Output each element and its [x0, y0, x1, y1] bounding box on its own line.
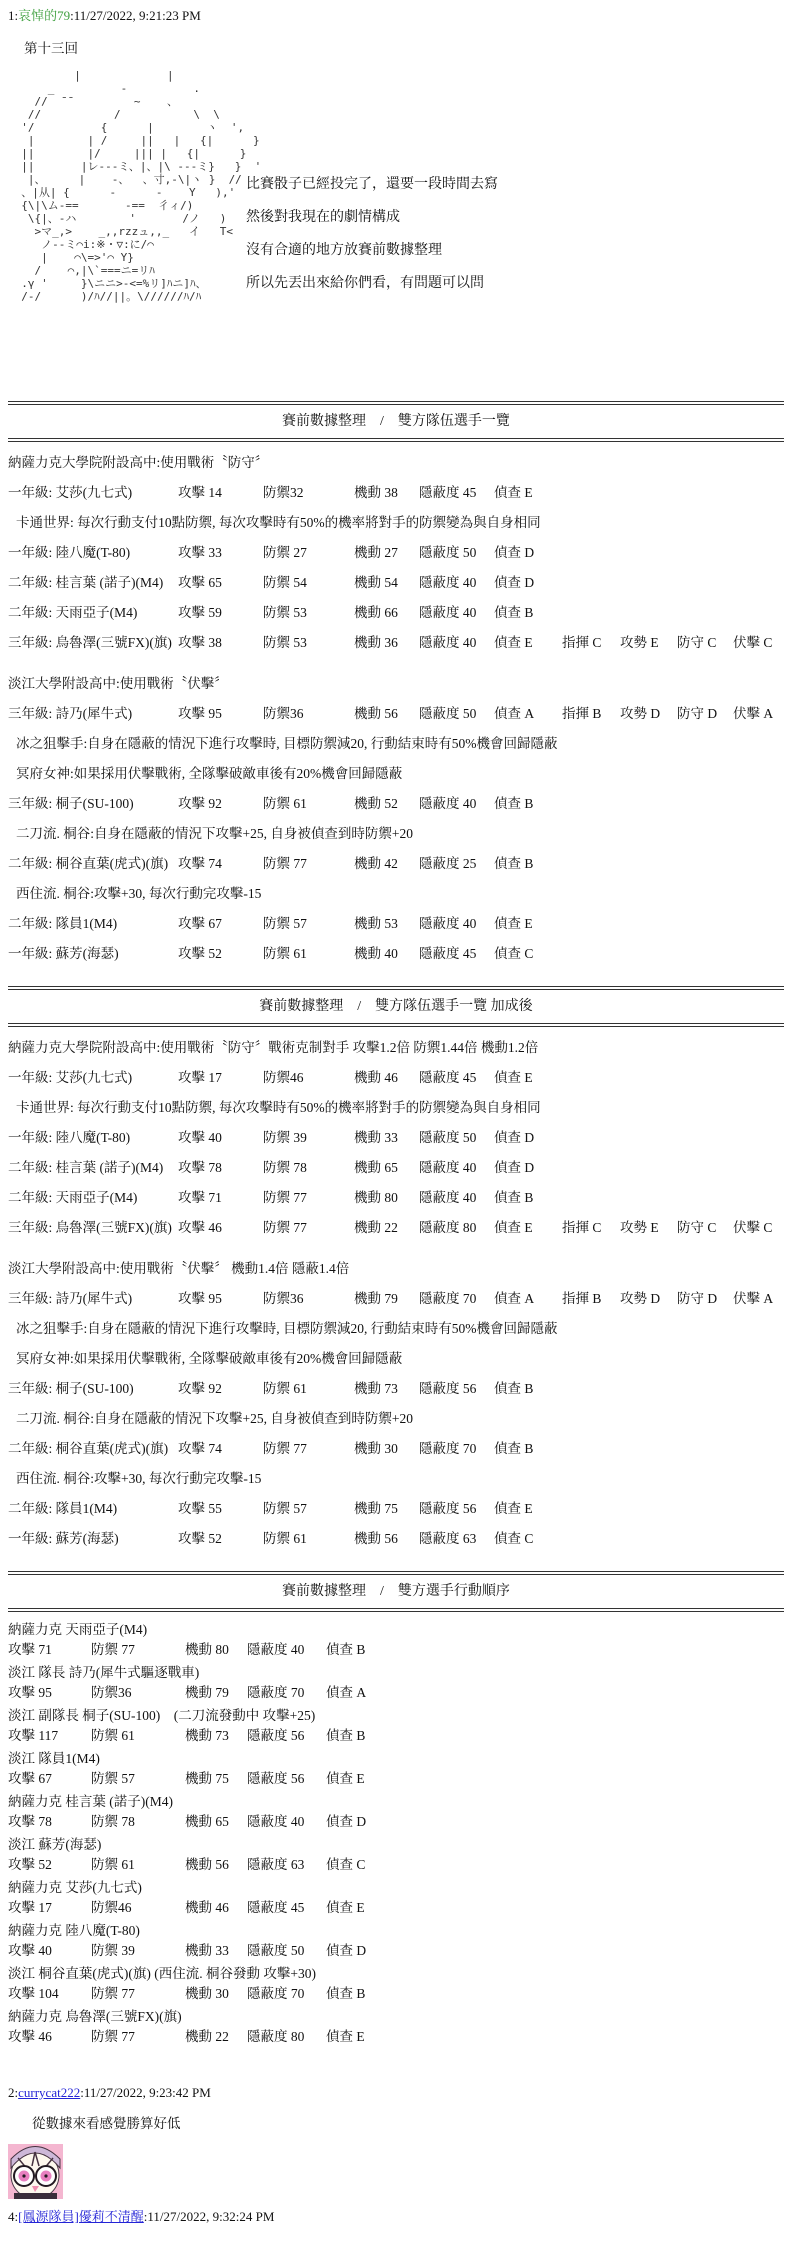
order-entry: 納薩力克 桂言葉 (諾子)(M4) 攻擊 78 防禦 78 機動 65 隱蔽度 …: [8, 1793, 784, 1830]
stat-cell: 伏擊 A: [733, 705, 784, 722]
stat-cell: 偵查 E: [326, 2028, 784, 2045]
stat-cell: [677, 1069, 733, 1086]
stat-cell: 機動 36: [354, 634, 419, 651]
stat-cell: [733, 945, 784, 962]
section-title: 賽前數據整理 / 雙方隊伍選手一覽 加成後: [8, 990, 784, 1023]
stat-cell: 機動 53: [354, 915, 419, 932]
stat-cell: 隱蔽度 70: [247, 1985, 326, 2002]
stat-cell: 偵查 E: [494, 1219, 562, 1236]
stat-cell: 隱蔽度 40: [419, 795, 494, 812]
stat-cell: 機動 54: [354, 574, 419, 591]
stat-cell: [677, 574, 733, 591]
post-author-link[interactable]: [鳳源隊員]優莉不清醒: [18, 2209, 144, 2224]
order-entry: 納薩力克 艾莎(九七式) 攻擊 17 防禦46 機動 46 隱蔽度 45 偵查 …: [8, 1879, 784, 1916]
stat-cell: 機動 46: [185, 1899, 247, 1916]
stat-cell: 防禦 77: [263, 1440, 354, 1457]
stat-cell: 攻勢 E: [620, 1219, 677, 1236]
section-body: 納薩力克大學院附設高中:使用戰術〝防守〞戰術克制對手 攻擊1.2倍 防禦1.44…: [8, 1039, 784, 1547]
stat-cell: 隱蔽度 56: [419, 1500, 494, 1517]
stat-cell: 機動 52: [354, 795, 419, 812]
entry-name: 淡江 副隊長 桐子(SU-100) (二刀流發動中 攻擊+25): [8, 1707, 784, 1724]
stat-cell: 機動 46: [354, 1069, 419, 1086]
entry-name: 淡江 蘇芳(海瑟): [8, 1836, 784, 1853]
player-row: 二年級: 隊員1(M4) 攻擊 67 防禦 57 機動 53 隱蔽度 40 偵查…: [8, 915, 784, 932]
stat-cell: [562, 574, 620, 591]
stat-cell: 指揮 C: [562, 1219, 620, 1236]
stat-cell: 攻擊 92: [178, 795, 263, 812]
stat-cell: 攻擊 71: [178, 1189, 263, 1206]
stat-cell: [620, 1069, 677, 1086]
player-name: 二年級: 天雨亞子(M4): [8, 604, 178, 621]
stat-cell: [620, 544, 677, 561]
stat-cell: 攻擊 52: [178, 1530, 263, 1547]
stat-cell: 攻擊 95: [8, 1684, 91, 1701]
stat-cell: [620, 1500, 677, 1517]
stat-cell: [620, 795, 677, 812]
ascii-art-block: | | _ - . // ̄ ̄ ~ 、 // / \ \ '/ { | ヽ '…: [8, 69, 800, 331]
post-timestamp: :11/27/2022, 9:23:42 PM: [80, 2085, 211, 2100]
stat-cell: 隱蔽度 50: [419, 544, 494, 561]
entry-stats: 攻擊 67 防禦 57 機動 75 隱蔽度 56 偵查 E: [8, 1770, 784, 1787]
team-strategy-line: 納薩力克大學院附設高中:使用戰術〝防守〞: [8, 454, 784, 471]
section-rule: [8, 1023, 784, 1027]
stat-cell: [562, 604, 620, 621]
order-entry: 淡江 副隊長 桐子(SU-100) (二刀流發動中 攻擊+25) 攻擊 117 …: [8, 1707, 784, 1744]
post-4: 4:[鳳源隊員]優莉不清醒:11/27/2022, 9:32:24 PM: [8, 2209, 800, 2225]
player-row: 二年級: 天雨亞子(M4) 攻擊 59 防禦 53 機動 66 隱蔽度 40 偵…: [8, 604, 784, 621]
section-body: 納薩力克 天雨亞子(M4) 攻擊 71 防禦 77 機動 80 隱蔽度 40 偵…: [8, 1621, 784, 2045]
order-entry: 納薩力克 天雨亞子(M4) 攻擊 71 防禦 77 機動 80 隱蔽度 40 偵…: [8, 1621, 784, 1658]
stat-cell: [677, 604, 733, 621]
stat-cell: [733, 1069, 784, 1086]
stat-cell: 隱蔽度 50: [419, 705, 494, 722]
stat-cell: 防守 D: [677, 705, 733, 722]
stat-cell: 攻勢 E: [620, 634, 677, 651]
stat-cell: [733, 1500, 784, 1517]
entry-name: 納薩力克 天雨亞子(M4): [8, 1621, 784, 1638]
stat-cell: [620, 1189, 677, 1206]
post-header-2: 2:currycat222:11/27/2022, 9:23:42 PM: [8, 2085, 800, 2101]
stat-cell: 攻擊 17: [178, 1069, 263, 1086]
stat-cell: 隱蔽度 56: [247, 1727, 326, 1744]
stat-cell: [620, 915, 677, 932]
player-row: 一年級: 蘇芳(海瑟) 攻擊 52 防禦 61 機動 56 隱蔽度 63 偵查 …: [8, 1530, 784, 1547]
stat-cell: 偵查 B: [326, 1727, 784, 1744]
player-row: 三年級: 桐子(SU-100) 攻擊 92 防禦 61 機動 73 隱蔽度 56…: [8, 1380, 784, 1397]
player-row: 一年級: 艾莎(九七式) 攻擊 17 防禦46 機動 46 隱蔽度 45 偵查 …: [8, 1069, 784, 1086]
stat-cell: 偵查 D: [326, 1942, 784, 1959]
stat-cell: 隱蔽度 40: [419, 1189, 494, 1206]
stat-cell: 偵查 D: [326, 1813, 784, 1830]
entry-stats: 攻擊 104 防禦 77 機動 30 隱蔽度 70 偵查 B: [8, 1985, 784, 2002]
stat-cell: 攻勢 D: [620, 1290, 677, 1307]
stat-cell: [620, 574, 677, 591]
team-strategy-line: 納薩力克大學院附設高中:使用戰術〝防守〞戰術克制對手 攻擊1.2倍 防禦1.44…: [8, 1039, 784, 1056]
stat-cell: 防禦 77: [263, 855, 354, 872]
stat-cell: 隱蔽度 40: [419, 915, 494, 932]
stat-cell: 攻擊 59: [178, 604, 263, 621]
stat-cell: [562, 945, 620, 962]
stat-cell: 偵查 E: [494, 1069, 562, 1086]
stat-cell: 機動 42: [354, 855, 419, 872]
stat-cell: 攻擊 17: [8, 1899, 91, 1916]
dialogue-line: 沒有合適的地方放賽前數據整理: [246, 241, 498, 261]
stat-cell: 機動 56: [354, 705, 419, 722]
stat-cell: 隱蔽度 80: [247, 2028, 326, 2045]
stat-cell: [733, 1189, 784, 1206]
stat-cell: 攻擊 74: [178, 855, 263, 872]
stat-cell: 攻擊 74: [178, 1440, 263, 1457]
stat-cell: 防禦 61: [91, 1856, 185, 1873]
stat-cell: [562, 1069, 620, 1086]
stat-cell: [733, 915, 784, 932]
stat-cell: 攻擊 38: [178, 634, 263, 651]
stat-cell: 偵查 B: [494, 604, 562, 621]
stat-cell: 防禦32: [263, 484, 354, 501]
stat-cell: 偵查 D: [494, 1129, 562, 1146]
stat-cell: 攻擊 46: [178, 1219, 263, 1236]
stat-cell: 防禦 53: [263, 604, 354, 621]
player-name: 一年級: 蘇芳(海瑟): [8, 1530, 178, 1547]
stat-cell: 機動 40: [354, 945, 419, 962]
order-entry: 淡江 隊員1(M4) 攻擊 67 防禦 57 機動 75 隱蔽度 56 偵查 E: [8, 1750, 784, 1787]
stat-cell: [562, 1440, 620, 1457]
stat-cell: 隱蔽度 63: [419, 1530, 494, 1547]
entry-stats: 攻擊 71 防禦 77 機動 80 隱蔽度 40 偵查 B: [8, 1641, 784, 1658]
ability-line: 卡通世界: 每次行動支付10點防禦, 每次攻擊時有50%的機率將對手的防禦變為與…: [8, 514, 784, 531]
player-name: 三年級: 詩乃(犀牛式): [8, 1290, 178, 1307]
stat-cell: 機動 33: [185, 1942, 247, 1959]
ability-line: 西住流. 桐谷:攻擊+30, 每次行動完攻擊-15: [8, 1470, 784, 1487]
stat-cell: [677, 945, 733, 962]
stat-cell: [733, 1530, 784, 1547]
entry-name: 淡江 隊長 詩乃(犀牛式驅逐戰車): [8, 1664, 784, 1681]
stat-cell: 攻擊 78: [8, 1813, 91, 1830]
stat-cell: 機動 65: [185, 1813, 247, 1830]
entry-name: 納薩力克 烏魯澤(三號FX)(旗): [8, 2008, 784, 2025]
stat-cell: 隱蔽度 40: [419, 604, 494, 621]
stat-cell: 防禦 61: [91, 1727, 185, 1744]
post-body: 從數據來看感覺勝算好低: [32, 2115, 800, 2132]
stat-cell: 隱蔽度 70: [419, 1440, 494, 1457]
player-name: 一年級: 蘇芳(海瑟): [8, 945, 178, 962]
stat-cell: [733, 795, 784, 812]
stat-cell: 隱蔽度 70: [247, 1684, 326, 1701]
stat-cell: [677, 1500, 733, 1517]
stat-cell: 機動 22: [354, 1219, 419, 1236]
stat-cell: 防守 C: [677, 1219, 733, 1236]
stat-cell: 攻擊 46: [8, 2028, 91, 2045]
dialogue-line: 所以先丟出來給你們看，有問題可以問: [246, 274, 498, 294]
player-row: 三年級: 詩乃(犀牛式) 攻擊 95 防禦36 機動 56 隱蔽度 50 偵查 …: [8, 705, 784, 722]
stat-cell: 防禦46: [91, 1899, 185, 1916]
stat-cell: 防禦 78: [91, 1813, 185, 1830]
post-timestamp: :11/27/2022, 9:21:23 PM: [70, 8, 201, 23]
post-index: 4:: [8, 2209, 18, 2224]
post-index: 2:: [8, 2085, 18, 2100]
stat-cell: 指揮 B: [562, 1290, 620, 1307]
stat-cell: 伏擊 A: [733, 1290, 784, 1307]
stat-cell: 機動 75: [185, 1770, 247, 1787]
stat-cell: [562, 1500, 620, 1517]
stat-cell: [733, 484, 784, 501]
ability-line: 西住流. 桐谷:攻擊+30, 每次行動完攻擊-15: [8, 885, 784, 902]
stat-cell: 隱蔽度 40: [247, 1813, 326, 1830]
player-name: 二年級: 桂言葉 (諾子)(M4): [8, 574, 178, 591]
stat-cell: 偵查 B: [494, 795, 562, 812]
post-header-4: 4:[鳳源隊員]優莉不清醒:11/27/2022, 9:32:24 PM: [8, 2209, 800, 2225]
post-2: 2:currycat222:11/27/2022, 9:23:42 PM 從數據…: [8, 2085, 800, 2199]
stat-cell: 攻擊 95: [178, 705, 263, 722]
stat-cell: [733, 1129, 784, 1146]
player-row: 二年級: 天雨亞子(M4) 攻擊 71 防禦 77 機動 80 隱蔽度 40 偵…: [8, 1189, 784, 1206]
post-index: 1:: [8, 8, 18, 23]
stat-cell: [562, 795, 620, 812]
stat-cell: 偵查 C: [494, 1530, 562, 1547]
entry-stats: 攻擊 52 防禦 61 機動 56 隱蔽度 63 偵查 C: [8, 1856, 784, 1873]
stat-cell: 隱蔽度 40: [419, 574, 494, 591]
stat-cell: 防禦 57: [263, 915, 354, 932]
stat-cell: [677, 1530, 733, 1547]
stat-cell: 防禦 78: [263, 1159, 354, 1176]
stat-cell: 偵查 C: [326, 1856, 784, 1873]
section-rule: [8, 438, 784, 442]
player-name: 一年級: 陸八魔(T-80): [8, 1129, 178, 1146]
stat-cell: 攻擊 52: [178, 945, 263, 962]
stat-cell: 隱蔽度 25: [419, 855, 494, 872]
stat-cell: 偵查 E: [494, 484, 562, 501]
stat-cell: [733, 1440, 784, 1457]
entry-name: 納薩力克 陸八魔(T-80): [8, 1922, 784, 1939]
order-entry: 淡江 蘇芳(海瑟) 攻擊 52 防禦 61 機動 56 隱蔽度 63 偵查 C: [8, 1836, 784, 1873]
ability-line: 二刀流. 桐谷:自身在隱蔽的情況下攻擊+25, 自身被偵查到時防禦+20: [8, 1410, 784, 1427]
stat-cell: 防禦 39: [263, 1129, 354, 1146]
stat-cell: [677, 795, 733, 812]
stat-cell: [677, 544, 733, 561]
stat-cell: 隱蔽度 45: [419, 484, 494, 501]
stat-cell: 機動 22: [185, 2028, 247, 2045]
stat-cell: 偵查 E: [494, 1500, 562, 1517]
stat-cell: [562, 1159, 620, 1176]
stat-cell: 機動 75: [354, 1500, 419, 1517]
stat-cell: 防禦 77: [91, 1641, 185, 1658]
stat-cell: [620, 1530, 677, 1547]
stat-cell: 偵查 E: [326, 1899, 784, 1916]
player-row: 一年級: 陸八魔(T-80) 攻擊 40 防禦 39 機動 33 隱蔽度 50 …: [8, 1129, 784, 1146]
player-name: 三年級: 烏魯澤(三號FX)(旗): [8, 634, 178, 651]
stat-cell: 偵查 C: [494, 945, 562, 962]
stat-cell: [620, 1440, 677, 1457]
player-name: 一年級: 陸八魔(T-80): [8, 544, 178, 561]
stat-cell: 防禦36: [263, 1290, 354, 1307]
stat-cell: 機動 65: [354, 1159, 419, 1176]
stat-cell: [562, 855, 620, 872]
stat-cell: 偵查 A: [494, 1290, 562, 1307]
stat-cell: 指揮 C: [562, 634, 620, 651]
data-section: 賽前數據整理 / 雙方隊伍選手一覽 納薩力克大學院附設高中:使用戰術〝防守〞 一…: [8, 401, 784, 962]
stat-cell: [677, 1129, 733, 1146]
ability-line: 冰之狙擊手:自身在隱蔽的情況下進行攻擊時, 目標防禦減20, 行動結束時有50%…: [8, 1320, 784, 1337]
stat-cell: 防守 C: [677, 634, 733, 651]
stat-cell: 指揮 B: [562, 705, 620, 722]
stat-cell: [620, 484, 677, 501]
stat-cell: 防禦 77: [263, 1219, 354, 1236]
stat-cell: 攻擊 95: [178, 1290, 263, 1307]
stat-cell: 機動 79: [354, 1290, 419, 1307]
stat-cell: 偵查 B: [494, 1189, 562, 1206]
stat-cell: [733, 574, 784, 591]
player-row: 三年級: 烏魯澤(三號FX)(旗) 攻擊 38 防禦 53 機動 36 隱蔽度 …: [8, 634, 784, 651]
ability-line: 冰之狙擊手:自身在隱蔽的情況下進行攻擊時, 目標防禦減20, 行動結束時有50%…: [8, 735, 784, 752]
stat-cell: 隱蔽度 56: [247, 1770, 326, 1787]
stat-cell: [620, 1159, 677, 1176]
stat-cell: 隱蔽度 70: [419, 1290, 494, 1307]
chapter-heading: 第十三回: [24, 40, 800, 57]
dialogue-line: 比賽骰子已經投完了，還要一段時間去寫: [246, 175, 498, 195]
stat-cell: [677, 1189, 733, 1206]
stat-cell: [562, 1189, 620, 1206]
stat-cell: [677, 915, 733, 932]
stat-cell: 攻擊 65: [178, 574, 263, 591]
stat-cell: [562, 915, 620, 932]
player-name: 三年級: 桐子(SU-100): [8, 795, 178, 812]
stat-cell: 偵查 D: [494, 574, 562, 591]
entry-name: 淡江 桐谷直葉(虎式)(旗) (西住流. 桐谷發動 攻擊+30): [8, 1965, 784, 1982]
entry-stats: 攻擊 17 防禦46 機動 46 隱蔽度 45 偵查 E: [8, 1899, 784, 1916]
stat-cell: [733, 1159, 784, 1176]
stat-cell: 偵查 B: [494, 1440, 562, 1457]
stat-cell: [677, 484, 733, 501]
entry-stats: 攻擊 40 防禦 39 機動 33 隱蔽度 50 偵查 D: [8, 1942, 784, 1959]
stat-cell: 防禦 53: [263, 634, 354, 651]
stat-cell: 攻勢 D: [620, 705, 677, 722]
stat-cell: 攻擊 92: [178, 1380, 263, 1397]
stat-cell: 偵查 B: [326, 1985, 784, 2002]
stat-cell: 防禦 61: [263, 1530, 354, 1547]
stat-cell: 攻擊 67: [178, 915, 263, 932]
player-name: 二年級: 隊員1(M4): [8, 1500, 178, 1517]
stat-cell: 防禦 77: [91, 2028, 185, 2045]
stat-cell: 防禦 27: [263, 544, 354, 561]
stat-cell: [677, 855, 733, 872]
stat-cell: 偵查 B: [494, 855, 562, 872]
stat-cell: 機動 38: [354, 484, 419, 501]
data-section: 賽前數據整理 / 雙方選手行動順序 納薩力克 天雨亞子(M4) 攻擊 71 防禦…: [8, 1571, 784, 2045]
stat-cell: 機動 56: [185, 1856, 247, 1873]
stat-cell: 偵查 B: [326, 1641, 784, 1658]
user-avatar[interactable]: [8, 2144, 63, 2199]
stat-cell: 偵查 D: [494, 1159, 562, 1176]
player-row: 二年級: 桐谷直葉(虎式)(旗) 攻擊 74 防禦 77 機動 42 隱蔽度 2…: [8, 855, 784, 872]
player-name: 二年級: 隊員1(M4): [8, 915, 178, 932]
stat-cell: 隱蔽度 45: [247, 1899, 326, 1916]
stat-cell: 防禦 39: [91, 1942, 185, 1959]
stat-cell: [677, 1159, 733, 1176]
stat-cell: 偵查 E: [326, 1770, 784, 1787]
team-strategy-line: 淡江大學附設高中:使用戰術〝伏擊〞: [8, 675, 784, 692]
thread-page: 1:哀悼的79:11/27/2022, 9:21:23 PM 第十三回 | | …: [0, 0, 800, 2225]
post-author-link[interactable]: 哀悼的79: [18, 8, 70, 23]
entry-name: 納薩力克 桂言葉 (諾子)(M4): [8, 1793, 784, 1810]
stat-cell: 機動 80: [185, 1641, 247, 1658]
ability-line: 冥府女神:如果採用伏擊戰術, 全隊擊破敵車後有20%機會回歸隱蔽: [8, 1350, 784, 1367]
stat-cell: [620, 1380, 677, 1397]
player-name: 三年級: 桐子(SU-100): [8, 1380, 178, 1397]
stat-cell: 防禦 57: [263, 1500, 354, 1517]
stat-cell: [733, 855, 784, 872]
anime-girl-avatar-image: [8, 2144, 63, 2199]
entry-stats: 攻擊 78 防禦 78 機動 65 隱蔽度 40 偵查 D: [8, 1813, 784, 1830]
player-row: 一年級: 陸八魔(T-80) 攻擊 33 防禦 27 機動 27 隱蔽度 50 …: [8, 544, 784, 561]
player-row: 一年級: 艾莎(九七式) 攻擊 14 防禦32 機動 38 隱蔽度 45 偵查 …: [8, 484, 784, 501]
stat-cell: 機動 30: [185, 1985, 247, 2002]
stat-cell: 防禦 54: [263, 574, 354, 591]
stat-cell: 攻擊 71: [8, 1641, 91, 1658]
player-row: 三年級: 桐子(SU-100) 攻擊 92 防禦 61 機動 52 隱蔽度 40…: [8, 795, 784, 812]
order-entry: 納薩力克 烏魯澤(三號FX)(旗) 攻擊 46 防禦 77 機動 22 隱蔽度 …: [8, 2008, 784, 2045]
entry-name: 納薩力克 艾莎(九七式): [8, 1879, 784, 1896]
stat-cell: 防禦36: [91, 1684, 185, 1701]
stat-cell: 伏擊 C: [733, 1219, 784, 1236]
stat-cell: 隱蔽度 63: [247, 1856, 326, 1873]
sections: 賽前數據整理 / 雙方隊伍選手一覽 納薩力克大學院附設高中:使用戰術〝防守〞 一…: [8, 401, 800, 2045]
stat-cell: [677, 1440, 733, 1457]
stat-cell: 伏擊 C: [733, 634, 784, 651]
stat-cell: 攻擊 52: [8, 1856, 91, 1873]
order-entry: 淡江 隊長 詩乃(犀牛式驅逐戰車) 攻擊 95 防禦36 機動 79 隱蔽度 7…: [8, 1664, 784, 1701]
dialogue-line: 然後對我現在的劇情構成: [246, 208, 498, 228]
stat-cell: 攻擊 78: [178, 1159, 263, 1176]
stat-cell: 防禦 77: [91, 1985, 185, 2002]
stat-cell: [733, 1380, 784, 1397]
player-name: 二年級: 桐谷直葉(虎式)(旗): [8, 855, 178, 872]
stat-cell: [562, 1129, 620, 1146]
entry-stats: 攻擊 117 防禦 61 機動 73 隱蔽度 56 偵查 B: [8, 1727, 784, 1744]
stat-cell: 攻擊 55: [178, 1500, 263, 1517]
stat-cell: 機動 73: [185, 1727, 247, 1744]
stat-cell: 偵查 D: [494, 544, 562, 561]
stat-cell: 偵查 A: [326, 1684, 784, 1701]
player-row: 二年級: 隊員1(M4) 攻擊 55 防禦 57 機動 75 隱蔽度 56 偵查…: [8, 1500, 784, 1517]
stat-cell: [620, 604, 677, 621]
stat-cell: 攻擊 104: [8, 1985, 91, 2002]
stat-cell: 隱蔽度 56: [419, 1380, 494, 1397]
stat-cell: 隱蔽度 50: [419, 1129, 494, 1146]
dialogue-lines: 比賽骰子已經投完了，還要一段時間去寫 然後對我現在的劇情構成 沒有合適的地方放賽…: [246, 175, 498, 307]
stat-cell: [733, 604, 784, 621]
stat-cell: 防守 D: [677, 1290, 733, 1307]
player-row: 三年級: 烏魯澤(三號FX)(旗) 攻擊 46 防禦 77 機動 22 隱蔽度 …: [8, 1219, 784, 1236]
player-name: 一年級: 艾莎(九七式): [8, 1069, 178, 1086]
stat-cell: [677, 1380, 733, 1397]
order-entry: 納薩力克 陸八魔(T-80) 攻擊 40 防禦 39 機動 33 隱蔽度 50 …: [8, 1922, 784, 1959]
stat-cell: 機動 33: [354, 1129, 419, 1146]
post-author-link[interactable]: currycat222: [18, 2085, 80, 2100]
section-title: 賽前數據整理 / 雙方選手行動順序: [8, 1575, 784, 1608]
stat-cell: 防禦 57: [91, 1770, 185, 1787]
stat-cell: [562, 1530, 620, 1547]
stat-cell: 攻擊 33: [178, 544, 263, 561]
stat-cell: 隱蔽度 50: [247, 1942, 326, 1959]
stat-cell: 攻擊 40: [178, 1129, 263, 1146]
stat-cell: [620, 855, 677, 872]
entry-stats: 攻擊 46 防禦 77 機動 22 隱蔽度 80 偵查 E: [8, 2028, 784, 2045]
stat-cell: 防禦36: [263, 705, 354, 722]
stat-cell: 防禦 61: [263, 1380, 354, 1397]
ability-line: 冥府女神:如果採用伏擊戰術, 全隊擊破敵車後有20%機會回歸隱蔽: [8, 765, 784, 782]
stat-cell: 隱蔽度 80: [419, 1219, 494, 1236]
player-row: 二年級: 桂言葉 (諾子)(M4) 攻擊 65 防禦 54 機動 54 隱蔽度 …: [8, 574, 784, 591]
